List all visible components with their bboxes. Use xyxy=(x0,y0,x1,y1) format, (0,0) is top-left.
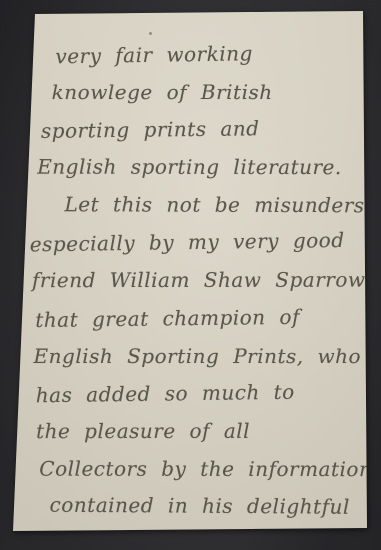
handwritten-line: especially by my very good xyxy=(29,222,380,265)
handwritten-line: sporting prints and xyxy=(41,109,380,151)
handwritten-line: has added so much to xyxy=(36,373,381,416)
handwritten-text-block: very fair working knowlege of British sp… xyxy=(0,35,381,528)
handwritten-line-paragraph-start: Let this not be misunderstood xyxy=(64,186,380,225)
paper-shadow: very fair working knowlege of British sp… xyxy=(0,0,381,550)
handwritten-line: very fair working xyxy=(55,33,380,76)
handwritten-line: contained in his delightful xyxy=(49,487,381,527)
handwritten-line: the pleasure of all xyxy=(36,412,381,450)
handwritten-line: English sporting literature. xyxy=(37,149,380,187)
letter-paper: very fair working knowlege of British sp… xyxy=(0,0,381,550)
handwritten-line: that great champion of xyxy=(35,298,381,340)
handwritten-line: English Sporting Prints, who xyxy=(34,337,381,375)
photo-background: very fair working knowlege of British sp… xyxy=(0,0,381,550)
paper-speck xyxy=(149,32,152,35)
handwritten-line: knowlege of British xyxy=(52,74,380,112)
handwritten-line: friend William Shaw Sparrow xyxy=(32,262,381,300)
handwritten-line: Collectors by the information xyxy=(39,450,381,488)
